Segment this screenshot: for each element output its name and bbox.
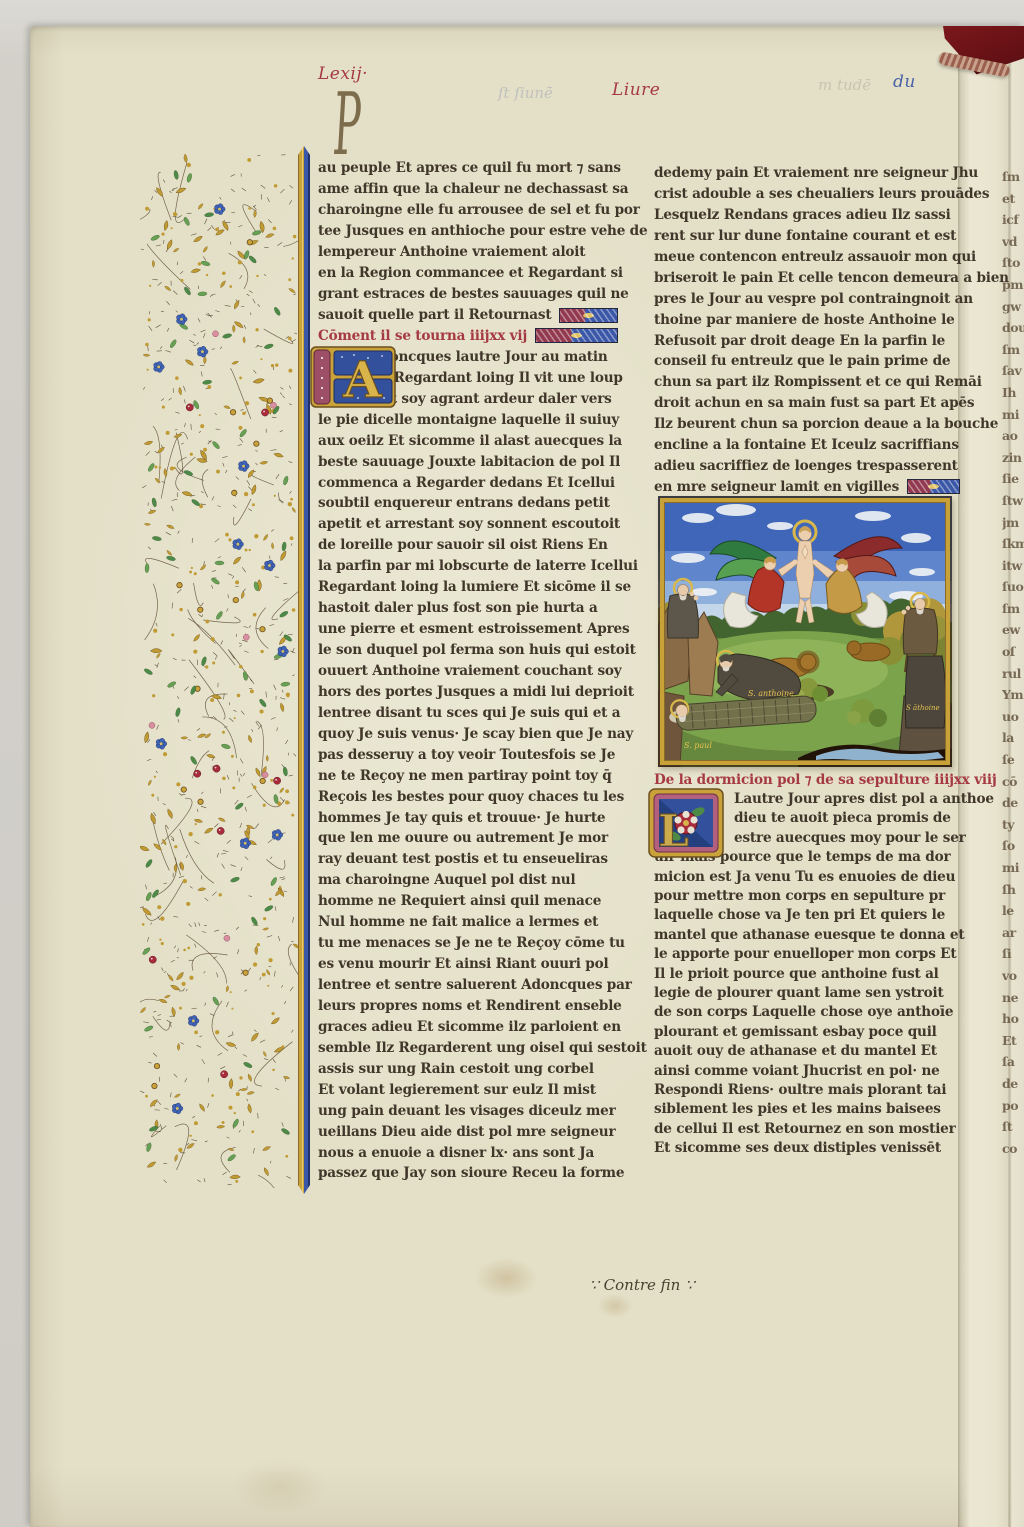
text-line: ray deuant test postis et tu enseueliras <box>318 849 618 870</box>
text-line: mantel que athanase euesque te donna et <box>654 925 960 944</box>
text-line: ueillans Dieu aide dist pol mre seigneur <box>318 1121 618 1142</box>
line-text: charoingne elle fu arrousee de sel et fu… <box>318 202 640 218</box>
page-fragment: uo <box>1002 706 1024 728</box>
text-line: hastoit daler plus fost son pie hurta a <box>318 598 618 619</box>
line-text: Cōment il se tourna iiijxx vij <box>318 328 527 344</box>
line-text: pour mettre mon corps en sepulture pr <box>654 888 945 904</box>
page-fragment: et <box>1002 188 1024 210</box>
line-text: de son corps Laquelle chose oye anthoīe <box>654 1004 953 1020</box>
line-text: le apporte pour enuelloper mon corps Et <box>654 946 956 962</box>
page-fragment: ſe <box>1002 749 1024 771</box>
page-fragment: zin <box>1002 447 1024 469</box>
line-text: Lautre Jour apres dist pol a anthoe <box>734 791 994 807</box>
text-line: pour mettre mon corps en sepulture pr <box>654 886 960 905</box>
page-fragment: co <box>1002 1138 1024 1160</box>
page-fragment: itw <box>1002 555 1024 577</box>
page-fragment: ſm <box>1002 339 1024 361</box>
page-fragment: de <box>1002 792 1024 814</box>
line-text: tu me menaces se Je ne te Reçoy cōme tu <box>318 935 625 951</box>
line-text: quoy Je suis venus· Je scay bien que Je … <box>318 726 633 742</box>
rubric-line: Cōment il se tourna iiijxx vij <box>318 326 618 347</box>
page-fragment: ſtw <box>1002 490 1024 512</box>
line-text: encline a la fontaine Et Iceulz sacriffi… <box>654 437 959 453</box>
line-text: laquelle chose va Je ten pri Et quiers l… <box>654 907 945 923</box>
text-line: ma charoingne Auquel pol dist nul <box>318 870 618 891</box>
text-line: encline a la fontaine Et Iceulz sacriffi… <box>654 435 960 456</box>
line-text: de loreille pour sauoir sil oist Riens E… <box>318 537 608 553</box>
page-fragment: cō <box>1002 771 1024 793</box>
line-text: apetit et arrestant soy sonnent escoutoi… <box>318 516 620 532</box>
text-line: lentree disant tu sces qui Je suis qui e… <box>318 702 618 723</box>
text-line: en mre seigneur lamit en vigilles <box>654 476 960 497</box>
text-line: droit achun en sa main fust sa part Et a… <box>654 393 960 414</box>
page-fragment: icf <box>1002 209 1024 231</box>
line-text: grant estraces de bestes sauuages quil n… <box>318 286 629 302</box>
text-line: lentree et sentre saluerent Adoncques pa… <box>318 975 618 996</box>
page-fragment: oſ <box>1002 641 1024 663</box>
page-fragment: gw <box>1002 296 1024 318</box>
text-line: une pierre et esment estroissement Apres <box>318 619 618 640</box>
text-line: hors des portes Jusques a midi lui depri… <box>318 681 618 702</box>
illuminated-initial-l: L <box>648 788 724 858</box>
text-line: meue contencon entreulz assauoir mon qui <box>654 247 960 268</box>
text-line: que len me ouure ou autrement Je mor <box>318 828 618 849</box>
text-line: ouuert Anthoine vraiement couchant soy <box>318 661 618 682</box>
text-line: Et sicomme ses deux distiples venissēt <box>654 1138 960 1157</box>
text-line: semble Ilz Regarderent ung oisel qui ses… <box>318 1037 618 1058</box>
line-text: tee Jusques en anthioche pour estre vehe… <box>318 223 647 239</box>
inscription-st-anthony: S. anthoine <box>748 689 794 698</box>
inscription-st-paul: S. paul <box>684 741 712 750</box>
line-text: chun sa part ilz Rompissent et ce qui Re… <box>654 374 982 390</box>
line-text: legie de plourer quant lame sen ystroit <box>654 985 944 1001</box>
line-text: semble Ilz Regarderent ung oisel qui ses… <box>318 1040 647 1056</box>
page-fragment: Et <box>1002 1030 1024 1052</box>
line-text: leurs propres noms et Rendirent enseble <box>318 998 622 1014</box>
line-text: meue contencon entreulz assauoir mon qui <box>654 249 976 265</box>
rubric-line: De la dormicion pol ⁊ de sa sepulture ii… <box>654 770 960 789</box>
line-text: De la dormicion pol ⁊ de sa sepulture ii… <box>654 772 997 788</box>
line-text: pres le Jour au vespre pol contraingnoit… <box>654 291 973 307</box>
page-fragment: ty <box>1002 814 1024 836</box>
running-title-right: du <box>893 72 916 92</box>
page-fragment: ſav <box>1002 360 1024 382</box>
text-line: aux oeilz Et sicomme il alast auecques l… <box>318 430 618 451</box>
line-text: une pierre et esment estroissement Apres <box>318 621 629 637</box>
text-line: tu me menaces se Je ne te Reçoy cōme tu <box>318 933 618 954</box>
text-line: micion est Ja venu Tu es enuoies de dieu <box>654 867 960 886</box>
line-text: assis sur ung Rain cestoit ung corbel <box>318 1061 594 1077</box>
line-text: homme ne Requiert ainsi quil menace <box>318 893 601 909</box>
line-text: passez que Jay son sioure Receu la forme <box>318 1165 624 1181</box>
text-line: au peuple Et apres ce quil fu mort ⁊ san… <box>318 158 618 179</box>
line-text: pas desseruy a toy veoir Toutesfois se J… <box>318 747 615 763</box>
page-fragment: po <box>1002 1095 1024 1117</box>
catchword: ∵ Contre fin ∵ <box>512 1276 772 1294</box>
page-fragment: ſh <box>1002 879 1024 901</box>
line-text: droit achun en sa main fust sa part Et a… <box>654 395 974 411</box>
page-fragment: mi <box>1002 404 1024 426</box>
text-line: charoingne elle fu arrousee de sel et fu… <box>318 200 618 221</box>
line-text: au peuple Et apres ce quil fu mort ⁊ san… <box>318 160 621 176</box>
line-text: Refusoit par droit deage En la parfin le <box>654 333 945 349</box>
line-text: ainsi comme voiant Jhucrist en pol· ne <box>654 1063 940 1079</box>
line-text: lempereur Anthoine vraiement aloit <box>318 244 585 260</box>
text-line: Refusoit par droit deage En la parfin le <box>654 330 960 351</box>
page-fragment: rul <box>1002 663 1024 685</box>
line-text: la parfin par mi lobscurte de laterre Ic… <box>318 558 638 574</box>
line-text: Regardant loing la lumiere Et sicōme il … <box>318 579 631 595</box>
text-line: Il le prioit pource que anthoine fust al <box>654 964 960 983</box>
inscription-st-anthony-right: S āthoine <box>906 704 940 712</box>
text-line: le son duquel pol ferma son huis qui est… <box>318 640 618 661</box>
line-text: le son duquel pol ferma son huis qui est… <box>318 642 636 658</box>
page-fragment: la <box>1002 727 1024 749</box>
line-text: hastoit daler plus fost son pie hurta a <box>318 600 598 616</box>
line-text: ueillans Dieu aide dist pol mre seigneur <box>318 1124 615 1140</box>
line-text: le pie dicelle montaigne laquelle il sui… <box>318 412 619 428</box>
initial-letter: L <box>658 806 689 857</box>
page-fragment: jm <box>1002 512 1024 534</box>
text-line: crist adouble a ses cheualiers leurs pro… <box>654 184 960 205</box>
text-line: laquelle chose va Je ten pri Et quiers l… <box>654 906 960 925</box>
page-fragment: ar <box>1002 922 1024 944</box>
next-page-text-fragments: ſmeticfvdſtopmgwdoukſmſavIhmiaozinſieſtw… <box>1002 166 1024 1178</box>
text-line: conseil fu entreulz que le pain prime de <box>654 351 960 372</box>
page-fragment: le <box>1002 900 1024 922</box>
line-text: graces adieu Et sicomme ilz parloient en <box>318 1019 621 1035</box>
text-line: nous a enuoie a disner lx· ans sont Ja <box>318 1142 618 1163</box>
initial-letter: A <box>342 350 383 408</box>
line-text: auoit ouy de athanase et du mantel Et <box>654 1043 937 1059</box>
page-fragment: de <box>1002 1073 1024 1095</box>
line-text: aux oeilz Et sicomme il alast auecques l… <box>318 433 622 449</box>
line-text: Et volant legierement sur eulz Il mist <box>318 1082 596 1098</box>
line-text: Il Regardant loing Il vit une loup <box>378 370 623 386</box>
line-text: ame affin que la chaleur ne dechassast s… <box>318 181 628 197</box>
text-line: chun sa part ilz Rompissent et ce qui Re… <box>654 372 960 393</box>
line-text: Lesquelz Rendans graces adieu Ilz sassi <box>654 207 951 223</box>
text-line: soubtil enquereur entrans dedans petit <box>318 493 618 514</box>
text-line: briseroit le pain Et celle tencon demeur… <box>654 267 960 288</box>
page-fragment: ne <box>1002 987 1024 1009</box>
line-text: hors des portes Jusques a midi lui depri… <box>318 684 634 700</box>
page-fragment: ſuo <box>1002 576 1024 598</box>
page-fragment: ho <box>1002 1008 1024 1030</box>
line-text: Et sicomme ses deux distiples venissēt <box>654 1140 941 1156</box>
text-line: Ilz beurent chun sa porcion deaue a la b… <box>654 414 960 435</box>
line-text: dieu te auoit pieca promis de <box>734 810 951 826</box>
text-line: passez que Jay son sioure Receu la forme <box>318 1163 618 1184</box>
page-fragment: ſkm <box>1002 533 1024 555</box>
page-fragment: Ih <box>1002 382 1024 404</box>
line-text: nous a enuoie a disner lx· ans sont Ja <box>318 1145 594 1161</box>
page-fragment: ſie <box>1002 468 1024 490</box>
text-line: quoy Je suis venus· Je scay bien que Je … <box>318 723 618 744</box>
text-line: en la Region commancee et Regardant si <box>318 263 618 284</box>
text-line: Reçois les bestes pour quoy chaces tu le… <box>318 786 618 807</box>
illuminated-initial-a: A <box>310 346 396 408</box>
line-text: hommes Je tay quis et trouue· Je hurte <box>318 810 605 826</box>
line-filler <box>559 308 618 323</box>
line-text: conseil fu entreulz que le pain prime de <box>654 353 950 369</box>
page-fragment: vd <box>1002 231 1024 253</box>
text-line: dedemy pain Et vraiement nre seigneur Jh… <box>654 163 960 184</box>
line-text: rent sur lur dune fontaine courant et es… <box>654 228 956 244</box>
text-line: apetit et arrestant soy sonnent escoutoi… <box>318 514 618 535</box>
line-text: adieu sacriffiez de loenges trespasseren… <box>654 458 958 474</box>
text-line: ung pain deuant les visages diceulz mer <box>318 1100 618 1121</box>
page-fragment: ſa <box>1002 1051 1024 1073</box>
line-text: dedemy pain Et vraiement nre seigneur Jh… <box>654 165 978 181</box>
text-line: lempereur Anthoine vraiement aloit <box>318 242 618 263</box>
text-line: de cellui Il est Retournez en son mostie… <box>654 1119 960 1138</box>
text-line: commenca a Regarder dedans Et Icellui <box>318 472 618 493</box>
text-line: adieu sacriffiez de loenges trespasseren… <box>654 455 960 476</box>
line-text: en mre seigneur lamit en vigilles <box>654 479 899 495</box>
text-line: rent sur lur dune fontaine courant et es… <box>654 226 960 247</box>
line-text: Ilz beurent chun sa porcion deaue a la b… <box>654 416 998 432</box>
text-line: de loreille pour sauoir sil oist Riens E… <box>318 535 618 556</box>
line-text: Nul homme ne fait malice a lermes et <box>318 914 598 930</box>
text-line: homme ne Requiert ainsi quil menace <box>318 891 618 912</box>
text-line: le apporte pour enuelloper mon corps Et <box>654 945 960 964</box>
text-line: Lesquelz Rendans graces adieu Ilz sassi <box>654 205 960 226</box>
text-line: sauoit quelle part il Retournast <box>318 305 618 326</box>
ink-offset-ghost-right: m tudē <box>818 76 871 94</box>
line-text: thoine par maniere de hoste Anthoine le <box>654 312 955 328</box>
text-line: de son corps Laquelle chose oye anthoīe <box>654 1003 960 1022</box>
text-line: leurs propres noms et Rendirent enseble <box>318 996 618 1017</box>
line-filler <box>907 479 960 494</box>
line-text: briseroit le pain Et celle tencon demeur… <box>654 270 1009 286</box>
line-text: es venu mourir Et ainsi Riant ouuri pol <box>318 956 608 972</box>
text-line: Nul homme ne fait malice a lermes et <box>318 912 618 933</box>
page-fragment: ſi <box>1002 943 1024 965</box>
page-fragment: ſt <box>1002 1116 1024 1138</box>
text-line: es venu mourir Et ainsi Riant ouuri pol <box>318 954 618 975</box>
text-line: ainsi comme voiant Jhucrist en pol· ne <box>654 1061 960 1080</box>
line-text: ung pain deuant les visages diceulz mer <box>318 1103 616 1119</box>
running-title-center: Liure <box>612 80 660 100</box>
line-text: ouuert Anthoine vraiement couchant soy <box>318 663 621 679</box>
floral-border <box>140 152 298 1188</box>
text-line: ame affin que la chaleur ne dechassast s… <box>318 179 618 200</box>
page-fragment: vo <box>1002 965 1024 987</box>
text-line: pas desseruy a toy veoir Toutesfois se J… <box>318 744 618 765</box>
line-text: lentree et sentre saluerent Adoncques pa… <box>318 977 632 993</box>
line-text: Reçois les bestes pour quoy chaces tu le… <box>318 789 624 805</box>
line-text: beste sauuage Jouxte labitacion de pol I… <box>318 454 620 470</box>
line-text: mantel que athanase euesque te donna et <box>654 927 964 943</box>
text-line: Et volant legierement sur eulz Il mist <box>318 1079 618 1100</box>
pen-mark: P <box>331 82 364 168</box>
miniature-burial-of-st-paul: S. anthoine S āthoine S. paul <box>658 496 952 767</box>
text-line: auoit ouy de athanase et du mantel Et <box>654 1041 960 1060</box>
ink-offset-ghost-left: ſt ſiunē <box>498 84 553 102</box>
manuscript-page: ſmeticfvdſtopmgwdoukſmſavIhmiaozinſieſtw… <box>30 26 1024 1527</box>
text-line: la parfin par mi lobscurte de laterre Ic… <box>318 556 618 577</box>
line-text: que len me ouure ou autrement Je mor <box>318 830 608 846</box>
text-line: tee Jusques en anthioche pour estre vehe… <box>318 221 618 242</box>
line-text: Doncques lautre Jour au matin <box>378 349 608 365</box>
line-text: lentree disant tu sces qui Je suis qui e… <box>318 705 620 721</box>
text-line: plourant et gemissant esbay poce quil <box>654 1022 960 1041</box>
text-line: assis sur ung Rain cestoit ung corbel <box>318 1058 618 1079</box>
text-line: thoine par maniere de hoste Anthoine le <box>654 309 960 330</box>
line-text: sauoit quelle part il Retournast <box>318 307 551 323</box>
text-line: pres le Jour au vespre pol contraingnoit… <box>654 288 960 309</box>
page-fragment: douk <box>1002 317 1024 339</box>
line-text: de cellui Il est Retournez en son mostie… <box>654 1121 956 1137</box>
line-text: estre auecques moy pour le ser <box>734 830 966 846</box>
line-text: plourant et gemissant esbay poce quil <box>654 1024 937 1040</box>
line-text: micion est Ja venu Tu es enuoies de dieu <box>654 869 955 885</box>
text-line: hommes Je tay quis et trouue· Je hurte <box>318 807 618 828</box>
page-fragment: ſm <box>1002 166 1024 188</box>
text-line: le pie dicelle montaigne laquelle il sui… <box>318 409 618 430</box>
line-text: siblement les pies et les mains baisees <box>654 1101 941 1117</box>
text-line: ne te Reçoy ne men partiray point toy q̄ <box>318 765 618 786</box>
line-text: ne te Reçoy ne men partiray point toy q̄ <box>318 768 612 784</box>
page-fragment: mi <box>1002 857 1024 879</box>
line-text: commenca a Regarder dedans Et Icellui <box>318 475 615 491</box>
text-column-right-top: dedemy pain Et vraiement nre seigneur Jh… <box>654 163 960 497</box>
text-line: graces adieu Et sicomme ilz parloient en <box>318 1016 618 1037</box>
bar-border <box>298 146 310 1194</box>
text-line: beste sauuage Jouxte labitacion de pol I… <box>318 451 618 472</box>
text-line: Respondi Riens· oultre mais plorant tai <box>654 1080 960 1099</box>
line-text: soubtil enquereur entrans dedans petit <box>318 495 610 511</box>
line-text: Respondi Riens· oultre mais plorant tai <box>654 1082 946 1098</box>
text-line: Regardant loing la lumiere Et sicōme il … <box>318 577 618 598</box>
line-text: crist adouble a ses cheualiers leurs pro… <box>654 186 989 202</box>
line-text: ma charoingne Auquel pol dist nul <box>318 872 575 888</box>
line-text: Il le prioit pource que anthoine fust al <box>654 966 939 982</box>
text-column-left: au peuple Et apres ce quil fu mort ⁊ san… <box>318 158 618 1184</box>
page-fragment: ſo <box>1002 835 1024 857</box>
text-line: legie de plourer quant lame sen ystroit <box>654 983 960 1002</box>
page-fragment: ſm <box>1002 598 1024 620</box>
line-text: ray deuant test postis et tu enseueliras <box>318 851 608 867</box>
text-line: siblement les pies et les mains baisees <box>654 1100 960 1119</box>
page-fragment: Ym <box>1002 684 1024 706</box>
line-text: en la Region commancee et Regardant si <box>318 265 623 281</box>
line-filler <box>535 328 618 343</box>
text-line: grant estraces de bestes sauuages quil n… <box>318 284 618 305</box>
page-fragment: ao <box>1002 425 1024 447</box>
page-fragment: ew <box>1002 619 1024 641</box>
